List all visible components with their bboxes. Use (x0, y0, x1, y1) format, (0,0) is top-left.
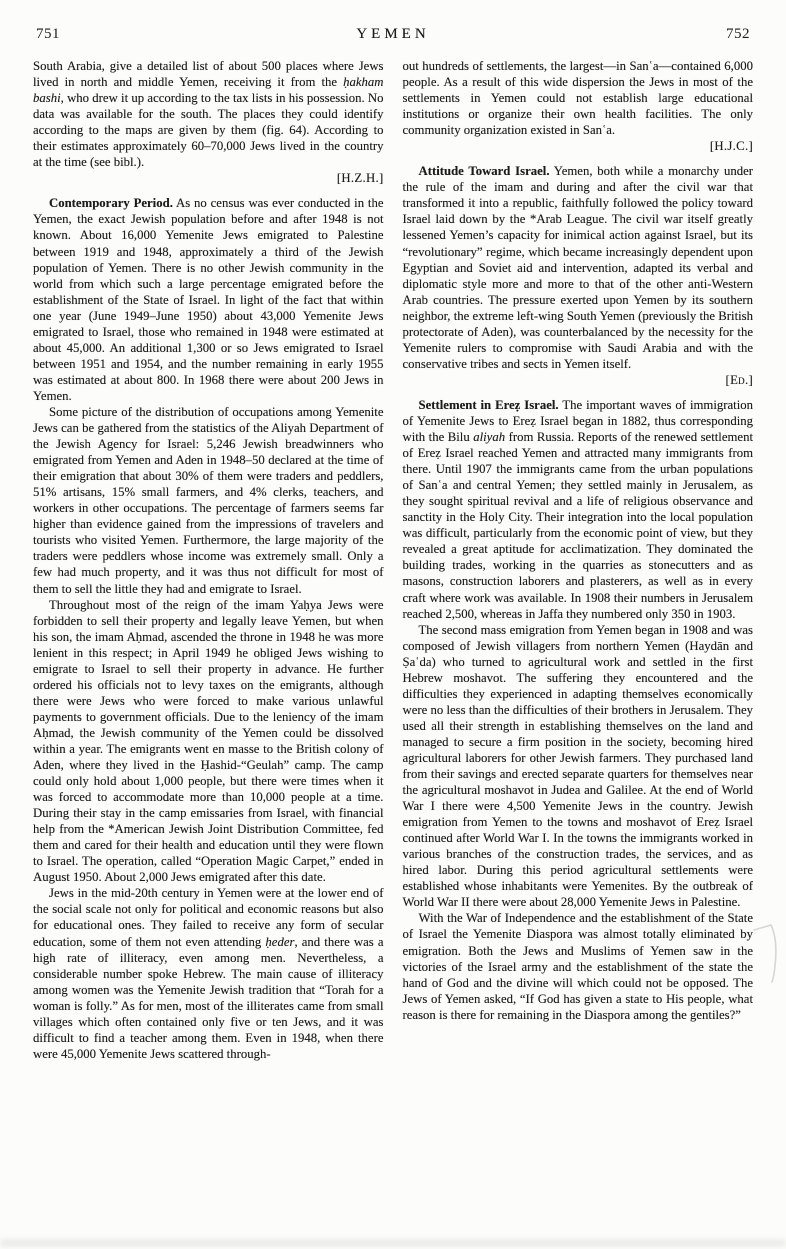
text-run: Some picture of the distribution of occu… (33, 405, 384, 596)
paragraph: Some picture of the distribution of occu… (33, 404, 384, 597)
text-columns: South Arabia, give a detailed list of ab… (0, 43, 786, 1062)
section-heading: Contemporary Period. (49, 196, 173, 210)
author-initials: [H.J.C.] (403, 138, 754, 154)
text-run: The second mass emigration from Yemen be… (403, 623, 754, 910)
column-number-left: 751 (36, 26, 60, 43)
text-run: from Russia. Reports of the renewed sett… (403, 430, 754, 621)
margin-pencil-mark-icon (751, 918, 785, 998)
paragraph: Attitude Toward Israel. Yemen, both whil… (403, 163, 754, 372)
column-number-right: 752 (726, 26, 750, 43)
author-initials: [H.Z.H.] (33, 170, 384, 186)
text-run: As no census was ever conducted in the Y… (33, 196, 384, 403)
text-run: With the War of Independence and the est… (403, 911, 754, 1021)
paragraph: Contemporary Period. As no census was ev… (33, 195, 384, 404)
paragraph: The second mass emigration from Yemen be… (403, 622, 754, 911)
paragraph: Settlement in Ereẓ Israel. The important… (403, 397, 754, 622)
italic-term: aliyah (473, 430, 505, 444)
entry-title: YEMEN (60, 26, 726, 43)
paragraph: With the War of Independence and the est… (403, 910, 754, 1022)
right-column: out hundreds of settlements, the largest… (403, 58, 754, 1062)
section-heading: Attitude Toward Israel. (419, 164, 550, 178)
text-run: Throughout most of the reign of the imam… (33, 598, 384, 885)
paragraph: South Arabia, give a detailed list of ab… (33, 58, 384, 170)
italic-term: ḥeder (265, 935, 294, 949)
text-run: Yemen, both while a monarchy under the r… (403, 164, 754, 371)
paragraph: Jews in the mid-20th century in Yemen we… (33, 885, 384, 1062)
paragraph: out hundreds of settlements, the largest… (403, 58, 754, 138)
encyclopedia-page: 751 YEMEN 752 South Arabia, give a detai… (0, 0, 786, 1249)
page-header: 751 YEMEN 752 (0, 0, 786, 43)
scan-edge-shadow (0, 1240, 786, 1246)
text-run: , and there was a high rate of illiterac… (33, 935, 384, 1061)
paragraph: Throughout most of the reign of the imam… (33, 597, 384, 886)
text-run: , who drew it up according to the tax li… (33, 91, 384, 169)
text-run: South Arabia, give a detailed list of ab… (33, 59, 384, 89)
author-initials: [Ed.] (403, 372, 754, 388)
section-heading: Settlement in Ereẓ Israel. (419, 398, 559, 412)
left-column: South Arabia, give a detailed list of ab… (33, 58, 384, 1062)
text-run: out hundreds of settlements, the largest… (403, 59, 754, 137)
